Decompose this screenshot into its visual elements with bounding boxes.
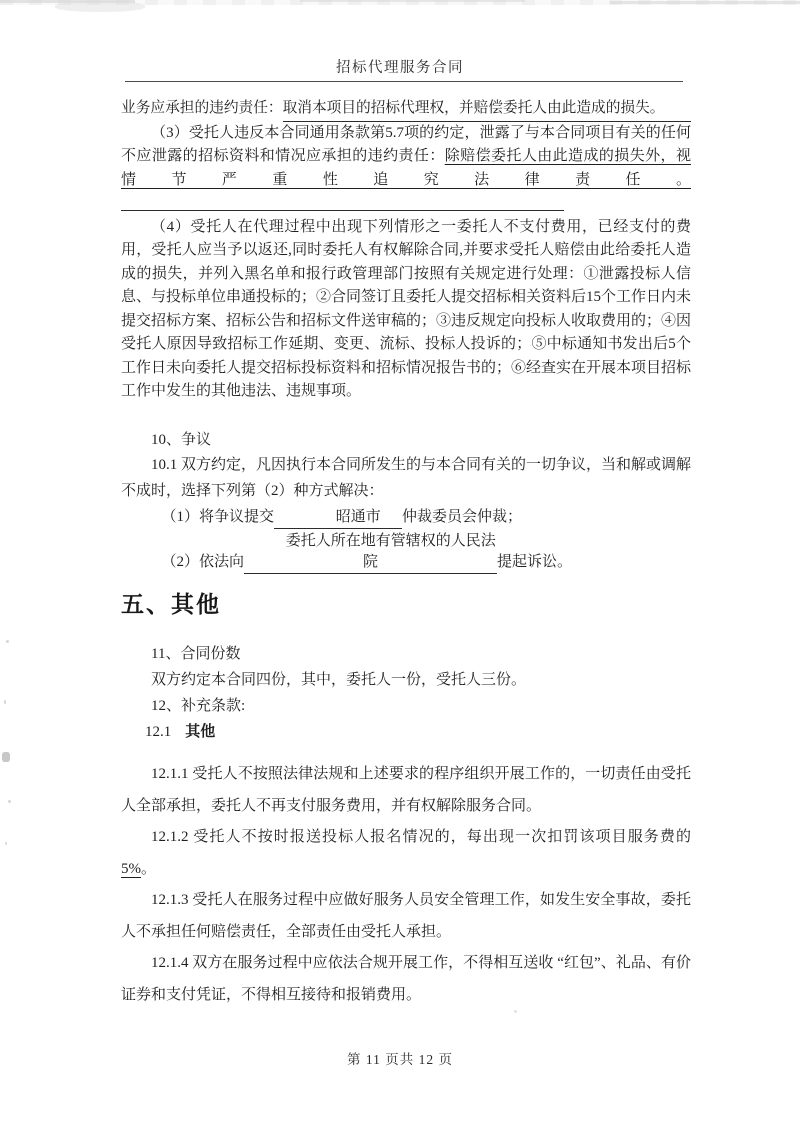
option-1-suffix: 仲裁委员会仲裁； [402,509,522,525]
clause-12-1-label: 其他 [185,724,215,740]
clause-11-text: 双方约定本合同四份，其中，委托人一份，受托人三份。 [121,667,691,693]
clause-12-1-title: 12.1其他 [121,719,691,745]
dispute-option-1: （1）将争议提交昭通市仲裁委员会仲裁； [121,504,691,531]
scan-artifact-speck [6,640,9,643]
clause-12-1-4: 12.1.4 双方在服务过程中应依法合规开展工作，不得相互送收 “红包”、礼品、… [121,948,691,1011]
section-10-title: 10、争议 [121,428,691,454]
section-12-title: 12、补充条款: [121,693,691,719]
supplementary-clauses: 12.1.1 受托人不按照法律法规和上述要求的程序组织开展工作的，一切责任由受托… [121,759,691,1011]
clause-underlined-text: 取消本项目的招标代理权，并赔偿委托人由此造成的损失。 [283,97,665,122]
clause-10-1: 10.1 双方约定，凡因执行本合同所发生的与本合同有关的一切争议，当和解或调解不… [121,453,691,504]
clause-12-1-2-text: 12.1.2 受托人不按时报送投标人报名情况的，每出现一次扣罚该项目服务费的 [151,829,691,845]
clause-breach-continuation: 业务应承担的违约责任：取消本项目的招标代理权，并赔偿委托人由此造成的损失。 [121,97,691,122]
header-rule [125,81,683,82]
clause-5-4: （4）受托人在代理过程中出现下列情形之一委托人不支付费用，已经支付的费用，受托人… [121,216,691,404]
section-10-disputes: 10、争议 10.1 双方约定，凡因执行本合同所发生的与本合同有关的一切争议，当… [121,428,691,576]
section-5-heading: 五、其他 [121,590,691,620]
section-11-title: 11、合同份数 [121,641,691,667]
clause-12-1-1: 12.1.1 受托人不按照法律法规和上述要求的程序组织开展工作的，一切责任由受托… [121,759,691,822]
document-title: 招标代理服务合同 [0,56,800,77]
arbitration-commission-blank: 昭通市 [274,507,402,529]
page-number: 第 11 页共 12 页 [0,1048,800,1068]
dispute-option-2: （2）依法向委托人所在地有管辖权的人民法院提起诉讼。 [121,531,691,576]
option-1-prefix: （1）将争议提交 [162,509,275,525]
option-2-prefix: （2）依法向 [162,554,245,570]
option-2-suffix: 提起诉讼。 [497,554,572,570]
scan-artifact-speck [4,700,6,704]
contract-body: 业务应承担的违约责任：取消本项目的招标代理权，并赔偿委托人由此造成的损失。 （3… [121,97,691,1011]
clause-5-3: （3）受托人违反本合同通用条款第5.7项的约定，泄露了与本合同项目有关的任何不应… [121,122,691,216]
clause-12-1-3: 12.1.3 受托人在服务过程中应做好服务人员安全管理工作，如发生安全事故，委托… [121,885,691,948]
clause-12-1-2: 12.1.2 受托人不按时报送投标人报名情况的，每出现一次扣罚该项目服务费的 5… [121,822,691,885]
scan-artifact-speck [8,800,11,803]
blank-underline [664,97,691,122]
scan-artifact-smudge [55,1,145,12]
clause-12-1-number: 12.1 [145,724,171,740]
clause-label: 业务应承担的违约责任： [121,97,283,122]
penalty-percent-underlined: 5% [121,861,141,877]
scan-artifact [300,0,525,2]
clause-12-1-2-suffix: 。 [141,861,156,877]
section-11-12: 11、合同份数 双方约定本合同四份，其中，委托人一份，受托人三份。 12、补充条… [121,641,691,745]
court-blank: 委托人所在地有管辖权的人民法院 [244,531,497,574]
scan-artifact-speck [5,842,7,845]
blank-underline [121,210,564,211]
scan-artifact-speck [2,752,10,762]
scan-artifact [610,1,800,4]
